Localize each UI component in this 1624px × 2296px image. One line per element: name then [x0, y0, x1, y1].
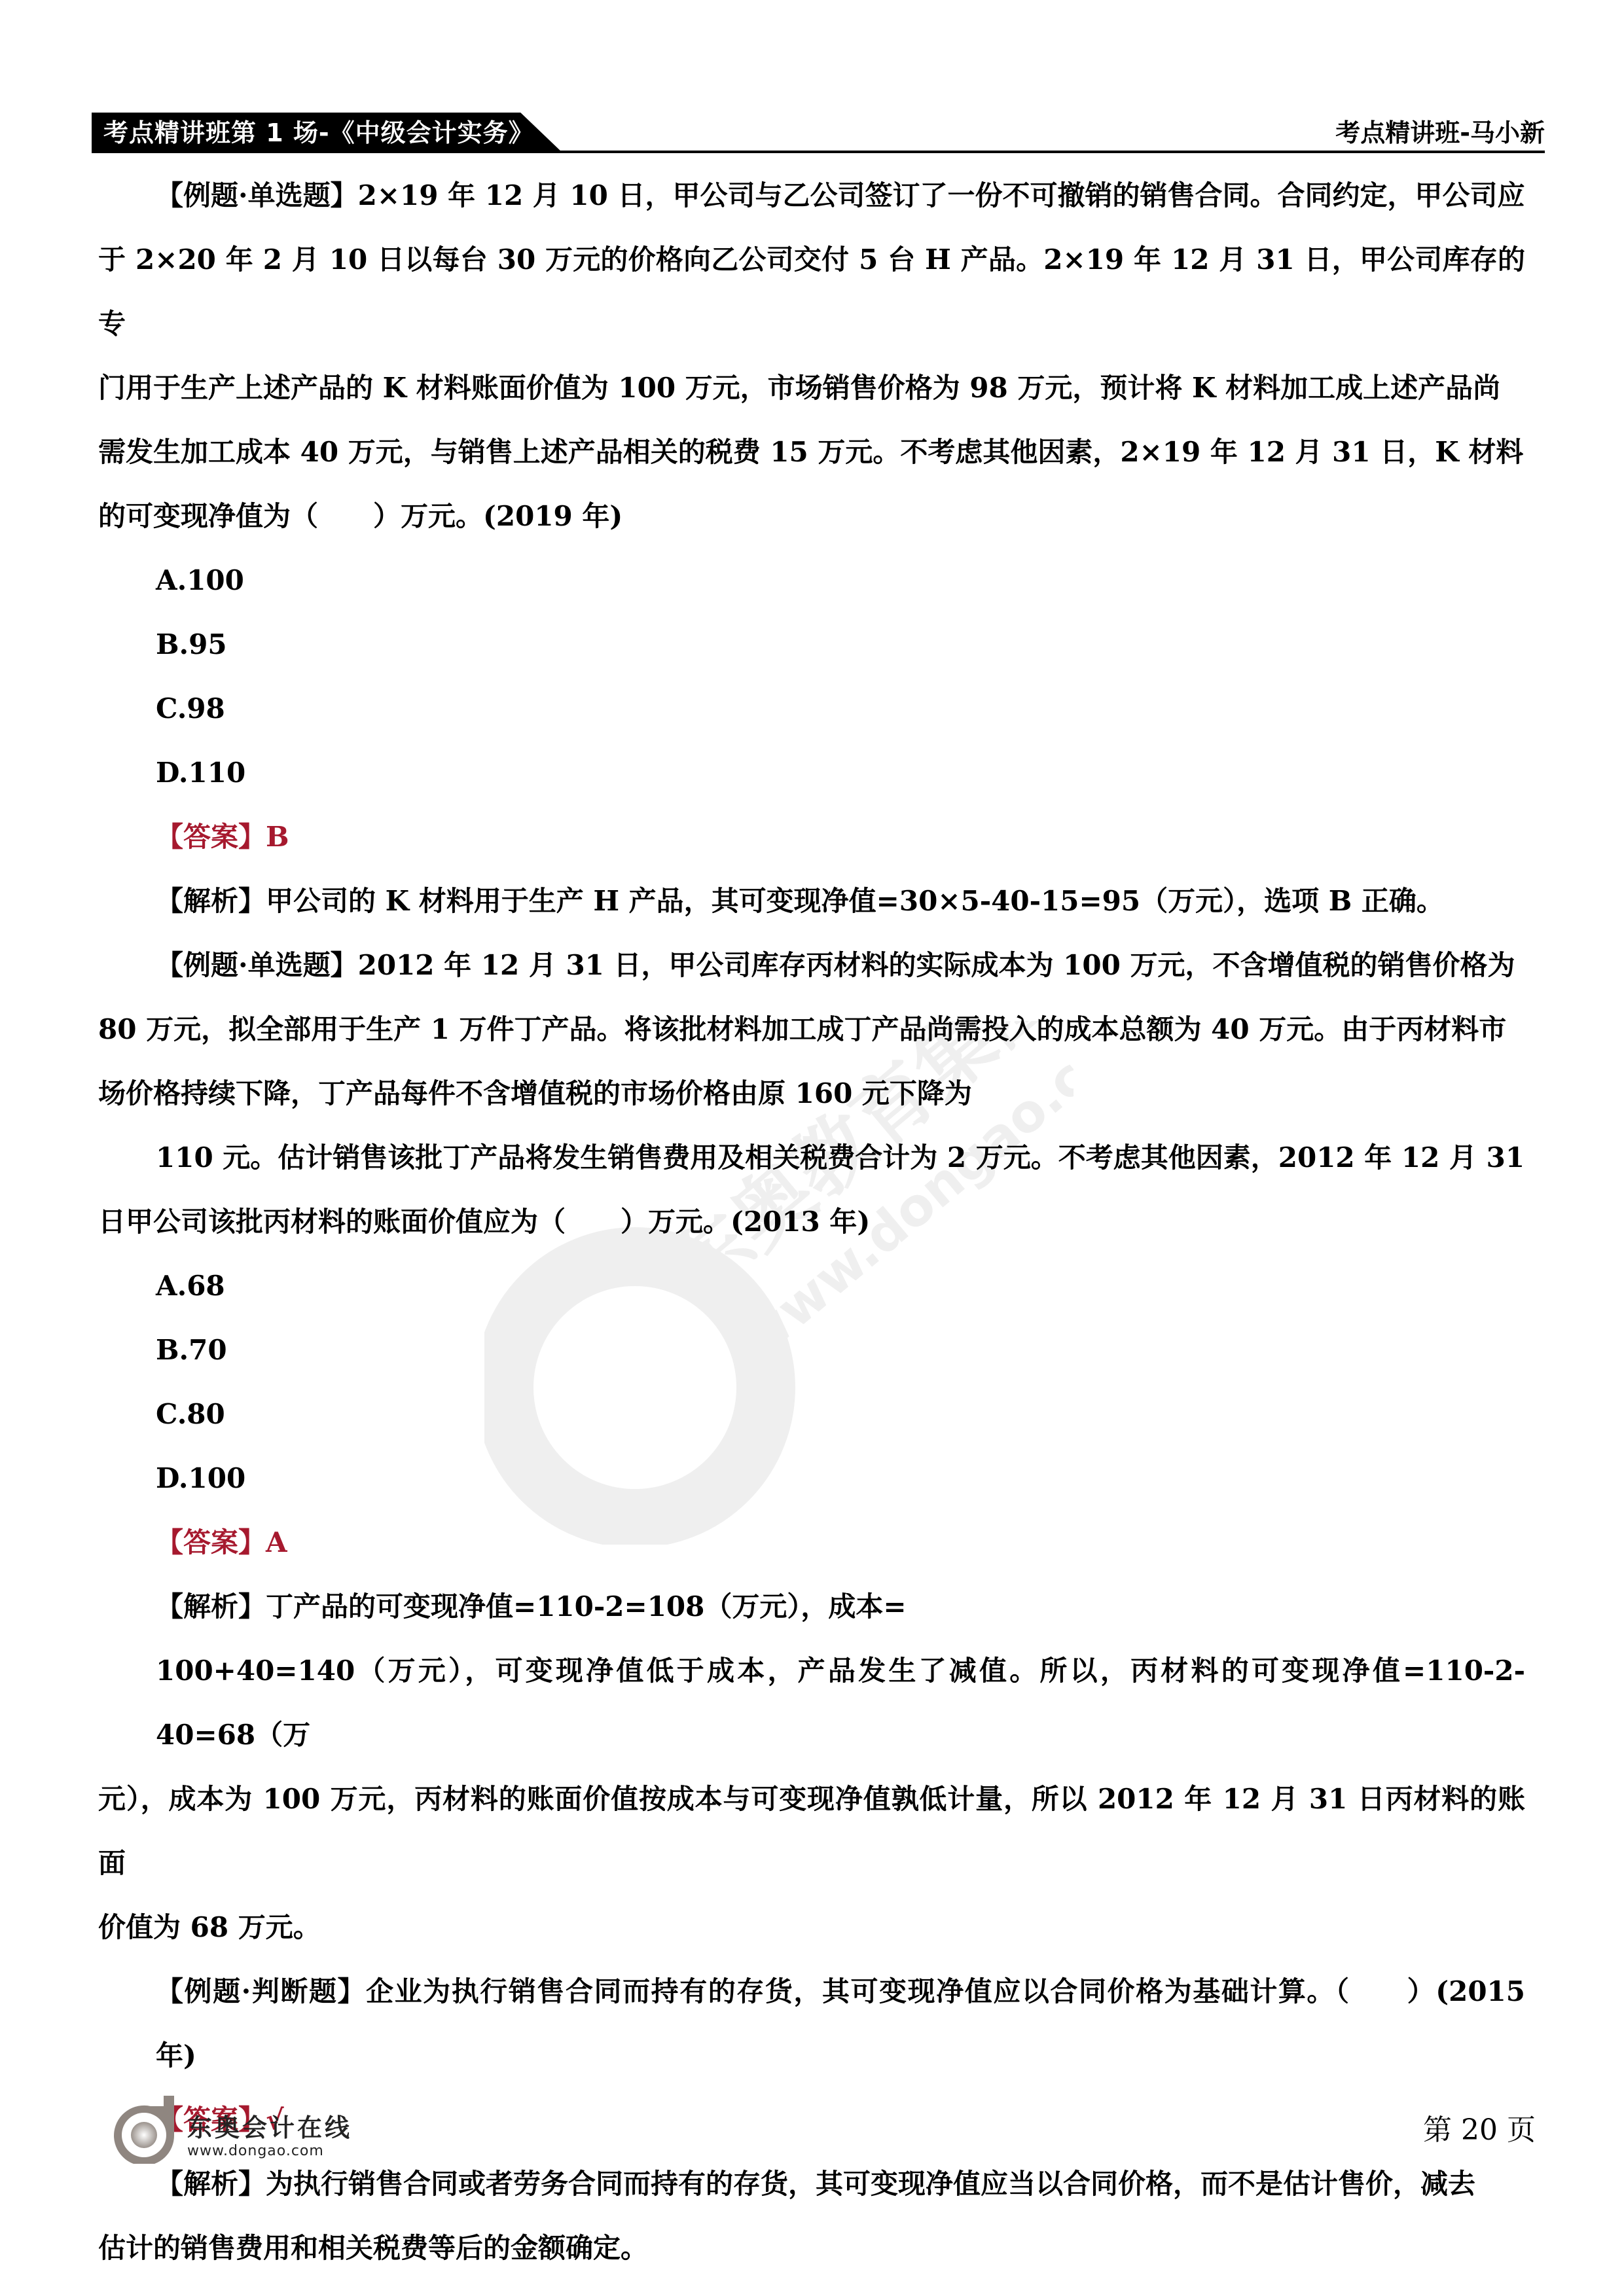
question-stem-line: 的可变现净值为（ ）万元。(2019 年): [98, 484, 1525, 548]
answer-label: 【答案】A: [98, 1511, 1525, 1575]
option-a: A.100: [98, 548, 1525, 613]
question-stem-line: 门用于生产上述产品的 K 材料账面价值为 100 万元，市场销售价格为 98 万…: [98, 356, 1525, 420]
question-stem-line: 需发生加工成本 40 万元，与销售上述产品相关的税费 15 万元。不考虑其他因素…: [98, 420, 1525, 484]
dongao-logo-icon: [111, 2096, 177, 2164]
analysis-line: 元），成本为 100 万元，丙材料的账面价值按成本与可变现净值孰低计量，所以 2…: [98, 1767, 1525, 1895]
logo-name: 东奥会计在线: [187, 2108, 352, 2144]
option-a: A.68: [98, 1254, 1525, 1318]
page-header: 考点精讲班第 1 场-《中级会计实务》 考点精讲班-马小新: [92, 113, 1532, 152]
question-stem-line: 80 万元，拟全部用于生产 1 万件丁产品。将该批材料加工成丁产品尚需投入的成本…: [98, 997, 1525, 1062]
question-stem-line: 于 2×20 年 2 月 10 日以每台 30 万元的价格向乙公司交付 5 台 …: [98, 228, 1525, 356]
question-1: 【例题·单选题】2×19 年 12 月 10 日，甲公司与乙公司签订了一份不可撤…: [98, 164, 1525, 933]
option-b: B.95: [98, 613, 1525, 677]
logo-url: www.dongao.com: [187, 2143, 324, 2159]
option-d: D.100: [98, 1446, 1525, 1511]
analysis-line: 100+40=140（万元），可变现净值低于成本，产品发生了减值。所以，丙材料的…: [98, 1639, 1525, 1767]
option-c: C.80: [98, 1382, 1525, 1446]
option-d: D.110: [98, 741, 1525, 805]
header-left-title: 考点精讲班第 1 场-《中级会计实务》: [103, 117, 534, 149]
document-body: 【例题·单选题】2×19 年 12 月 10 日，甲公司与乙公司签订了一份不可撤…: [98, 164, 1525, 2280]
option-b: B.70: [98, 1318, 1525, 1382]
question-stem-line: 【例题·单选题】2×19 年 12 月 10 日，甲公司与乙公司签订了一份不可撤…: [98, 164, 1525, 228]
analysis-line: 价值为 68 万元。: [98, 1895, 1525, 1960]
header-title-banner: 考点精讲班第 1 场-《中级会计实务》: [92, 113, 563, 153]
header-right-title: 考点精讲班-马小新: [1335, 117, 1545, 149]
question-stem-line: 【例题·判断题】企业为执行销售合同而持有的存货，其可变现净值应以合同价格为基础计…: [98, 1960, 1525, 2088]
footer-logo: 东奥会计在线 www.dongao.com: [98, 2088, 386, 2166]
header-divider: [92, 151, 1545, 153]
option-c: C.98: [98, 677, 1525, 741]
question-stem-line: 场价格持续下降，丁产品每件不含增值税的市场价格由原 160 元下降为: [98, 1062, 1525, 1126]
analysis-line: 【解析】甲公司的 K 材料用于生产 H 产品，其可变现净值=30×5-40-15…: [98, 869, 1525, 933]
question-2: 【例题·单选题】2012 年 12 月 31 日，甲公司库存丙材料的实际成本为 …: [98, 933, 1525, 1960]
answer-label: 【答案】B: [98, 805, 1525, 869]
analysis-line: 估计的销售费用和相关税费等后的金额确定。: [98, 2216, 1525, 2280]
question-stem-line: 110 元。估计销售该批丁产品将发生销售费用及相关税费合计为 2 万元。不考虑其…: [98, 1126, 1525, 1190]
analysis-line: 【解析】丁产品的可变现净值=110-2=108（万元），成本=: [98, 1575, 1525, 1639]
page-number: 第 20 页: [1423, 2106, 1536, 2148]
question-stem-line: 日甲公司该批丙材料的账面价值应为（ ）万元。(2013 年): [98, 1190, 1525, 1254]
question-stem-line: 【例题·单选题】2012 年 12 月 31 日，甲公司库存丙材料的实际成本为 …: [98, 933, 1525, 997]
